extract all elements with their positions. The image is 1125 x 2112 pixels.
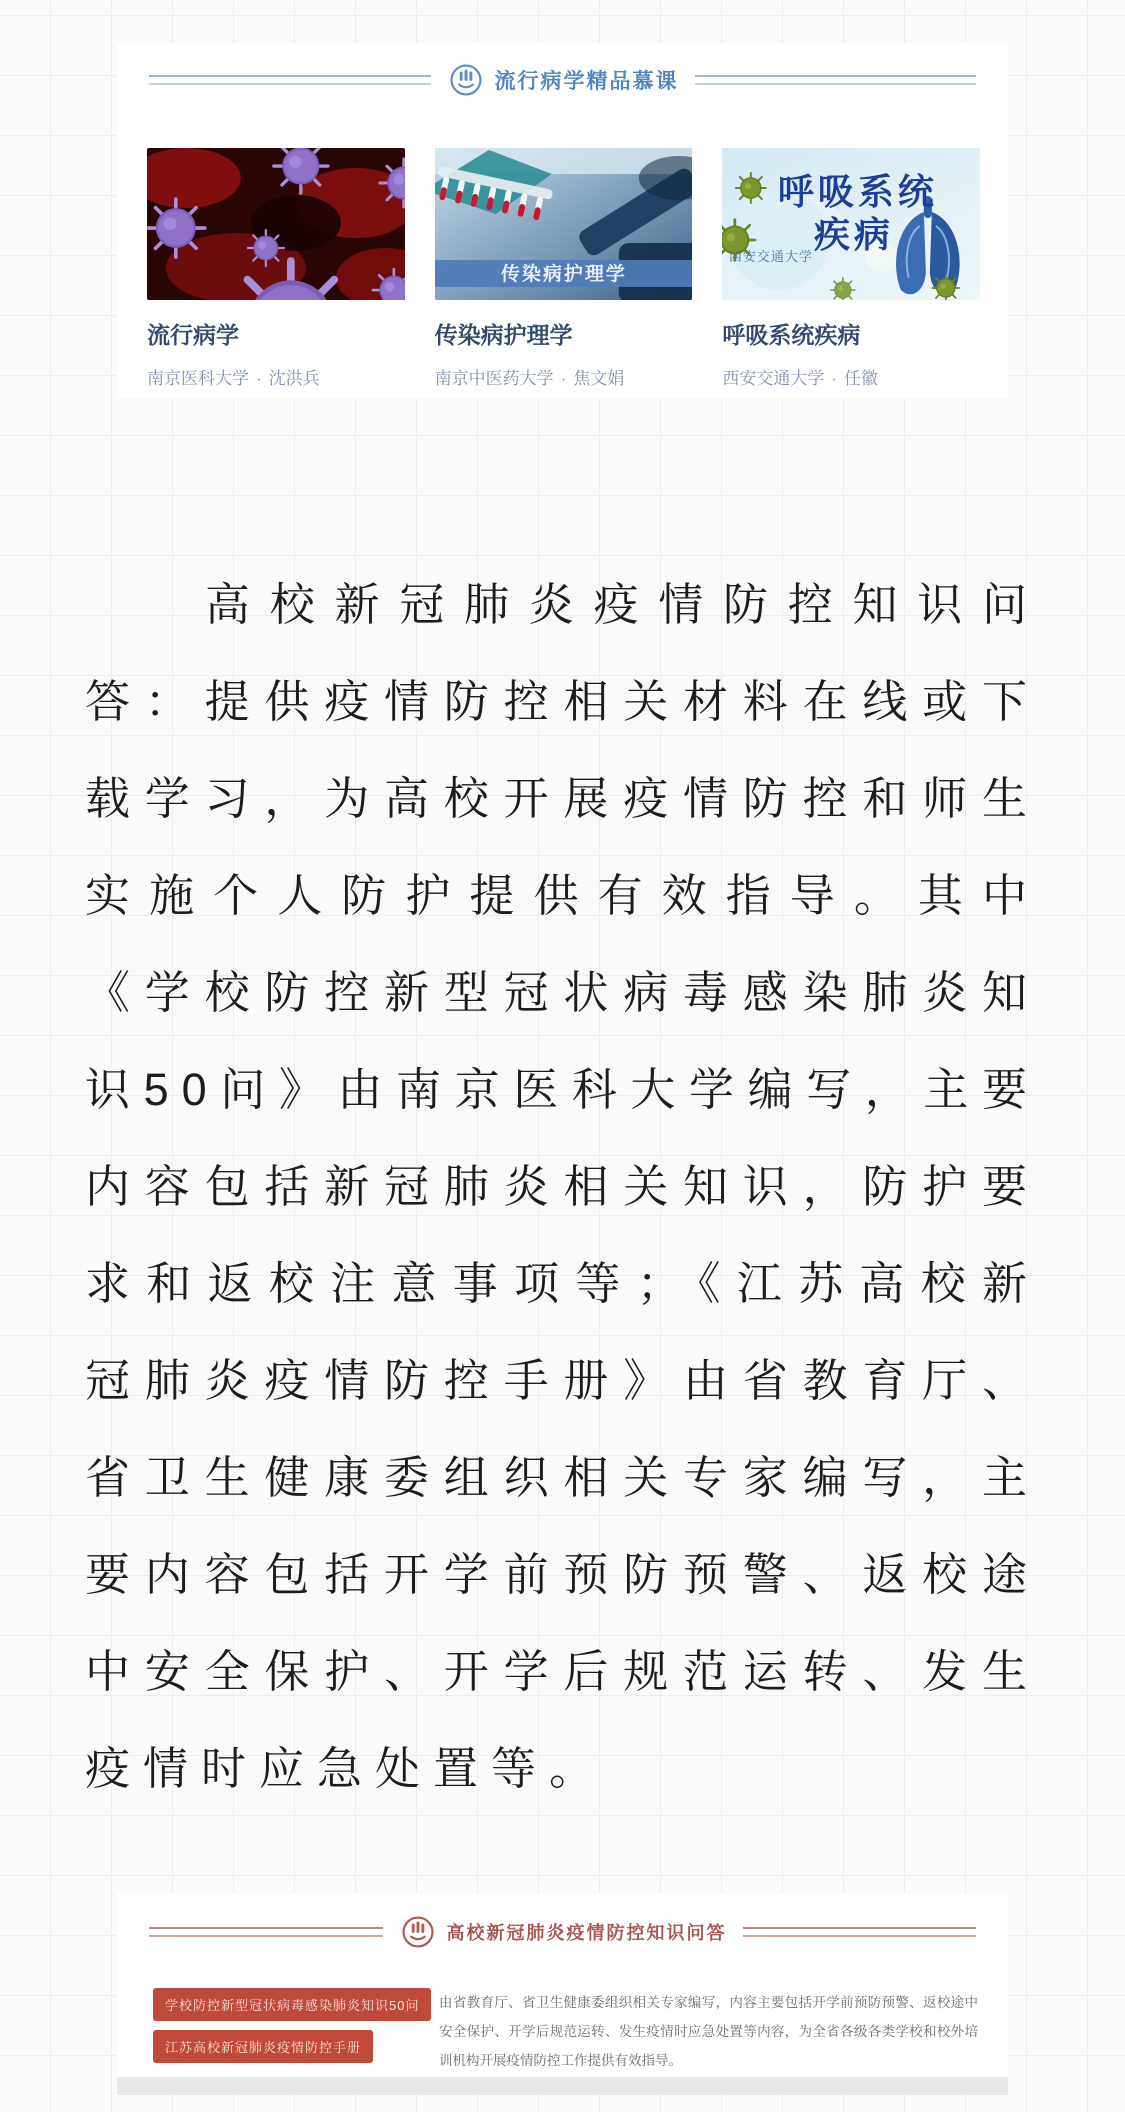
course-byline: 西安交通大学·任徽 <box>722 364 980 389</box>
course-title: 流行病学 <box>147 317 405 350</box>
course-instructor: 焦文娟 <box>573 369 624 388</box>
course-university: 南京医科大学 <box>147 369 249 388</box>
qa-section-body: 学校防控新型冠状病毒感染肺炎知识50问 江苏高校新冠肺炎疫情防控手册 由省教育厅… <box>153 1988 978 2075</box>
qa-section-header: 高校新冠肺炎疫情防控知识问答 <box>117 1915 1008 1949</box>
course-thumbnail-lungs-image: 呼吸系统 疾病 西安交通大学 <box>722 148 980 300</box>
course-byline: 南京医科大学·沈洪兵 <box>147 364 405 389</box>
course-thumbnail-lab-image: 传染病护理学 <box>435 148 693 300</box>
mooc-section-title: 流行病学精品慕课 <box>495 65 679 95</box>
course-title: 呼吸系统疾病 <box>722 317 980 350</box>
course-card-infectious-nursing[interactable]: 传染病护理学 传染病护理学 南京中医药大学·焦文娟 <box>435 148 693 389</box>
header-rule-left <box>149 1927 383 1937</box>
thumbnail-title-line1: 呼吸系统 <box>778 171 938 212</box>
mooc-badge-icon <box>449 63 483 97</box>
thumbnail-banner-text: 传染病护理学 <box>500 262 627 285</box>
course-university: 南京中医药大学 <box>435 369 554 388</box>
thumbnail-title-line2: 疾病 <box>814 214 894 255</box>
qa-button-school-50-questions[interactable]: 学校防控新型冠状病毒感染肺炎知识50问 <box>153 1988 431 2021</box>
qa-section-title: 高校新冠肺炎疫情防控知识问答 <box>447 1919 727 1945</box>
qa-description: 由省教育厅、省卫生健康委组织相关专家编写，内容主要包括开学前预防预警、返校途中安… <box>439 1988 978 2075</box>
qa-section: 高校新冠肺炎疫情防控知识问答 学校防控新型冠状病毒感染肺炎知识50问 江苏高校新… <box>117 1893 1008 2077</box>
mooc-section-header: 流行病学精品慕课 <box>117 63 1008 97</box>
qa-button-jiangsu-handbook[interactable]: 江苏高校新冠肺炎疫情防控手册 <box>153 2030 373 2063</box>
thumbnail-watermark: 西安交通大学 <box>729 249 813 264</box>
header-rule-right <box>695 75 977 85</box>
byline-separator: · <box>256 369 262 388</box>
course-instructor: 沈洪兵 <box>269 369 320 388</box>
header-rule-right <box>743 1927 977 1937</box>
byline-separator: · <box>831 369 837 388</box>
course-card-list: 流行病学 南京医科大学·沈洪兵 <box>147 148 980 389</box>
qa-button-group: 学校防控新型冠状病毒感染肺炎知识50问 江苏高校新冠肺炎疫情防控手册 <box>153 1988 415 2075</box>
course-card-epidemiology[interactable]: 流行病学 南京医科大学·沈洪兵 <box>147 148 405 389</box>
course-byline: 南京中医药大学·焦文娟 <box>435 364 693 389</box>
course-thumbnail-virus-image <box>147 148 405 300</box>
course-university: 西安交通大学 <box>722 369 824 388</box>
course-card-respiratory[interactable]: 呼吸系统 疾病 西安交通大学 呼吸系统疾病 西安交通大学·任徽 <box>722 148 980 389</box>
qa-section-shadow <box>117 2077 1008 2095</box>
mooc-badge-icon <box>401 1915 435 1949</box>
article-paragraph: 高校新冠肺炎疫情防控知识问答：提供疫情防控相关材料在线或下载学习，为高校开展疫情… <box>85 556 1040 1817</box>
header-rule-left <box>149 75 431 85</box>
mooc-section: 流行病学精品慕课 <box>117 43 1008 398</box>
course-title: 传染病护理学 <box>435 317 693 350</box>
course-instructor: 任徽 <box>844 369 878 388</box>
byline-separator: · <box>561 369 567 388</box>
